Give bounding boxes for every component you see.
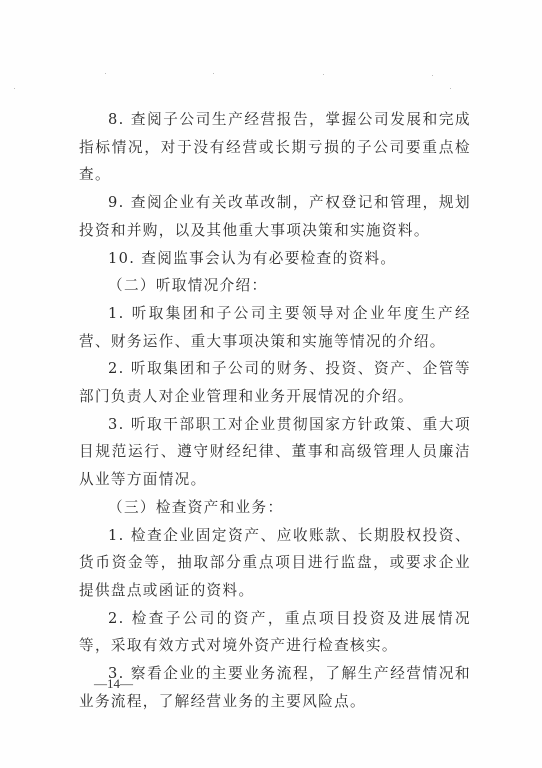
- scan-speck: [450, 88, 451, 89]
- paragraph-listen-1: 1. 听取集团和子公司主要领导对企业年度生产经营、财务运作、重大事项决策和实施等…: [79, 300, 471, 355]
- paragraph-item-8: 8. 查阅子公司生产经营报告，掌握公司发展和完成指标情况，对于没有经营或长期亏损…: [79, 106, 471, 189]
- paragraph-inspect-3: 3. 察看企业的主要业务流程，了解生产经营情况和业务流程，了解经营业务的主要风险…: [79, 660, 471, 715]
- paragraph-inspect-2: 2. 检查子公司的资产，重点项目投资及进展情况等，采取有效方式对境外资产进行检查…: [79, 605, 471, 660]
- page-number: —14—: [94, 676, 133, 692]
- scan-speck: [432, 75, 433, 76]
- section-heading-inspect: （三）检查资产和业务：: [79, 494, 471, 522]
- document-page: 8. 查阅子公司生产经营报告，掌握公司发展和完成指标情况，对于没有经营或长期亏损…: [0, 0, 542, 768]
- paragraph-inspect-1: 1. 检查企业固定资产、应收账款、长期股权投资、货币资金等，抽取部分重点项目进行…: [79, 522, 471, 605]
- document-body: 8. 查阅子公司生产经营报告，掌握公司发展和完成指标情况，对于没有经营或长期亏损…: [79, 106, 471, 715]
- scan-speck: [105, 73, 106, 74]
- paragraph-item-10: 10. 查阅监事会认为有必要检查的资料。: [79, 245, 471, 273]
- paragraph-listen-2: 2. 听取集团和子公司的财务、投资、资产、企管等部门负责人对企业管理和业务开展情…: [79, 355, 471, 410]
- scan-speck: [14, 88, 15, 89]
- scan-speck: [213, 73, 214, 74]
- paragraph-listen-3: 3. 听取干部职工对企业贯彻国家方针政策、重大项目规范运行、遵守财经纪律、董事和…: [79, 411, 471, 494]
- paragraph-item-9: 9. 查阅企业有关改革改制，产权登记和管理，规划投资和并购，以及其他重大事项决策…: [79, 189, 471, 244]
- section-heading-listen: （二）听取情况介绍：: [79, 272, 471, 300]
- scan-speck: [323, 74, 324, 75]
